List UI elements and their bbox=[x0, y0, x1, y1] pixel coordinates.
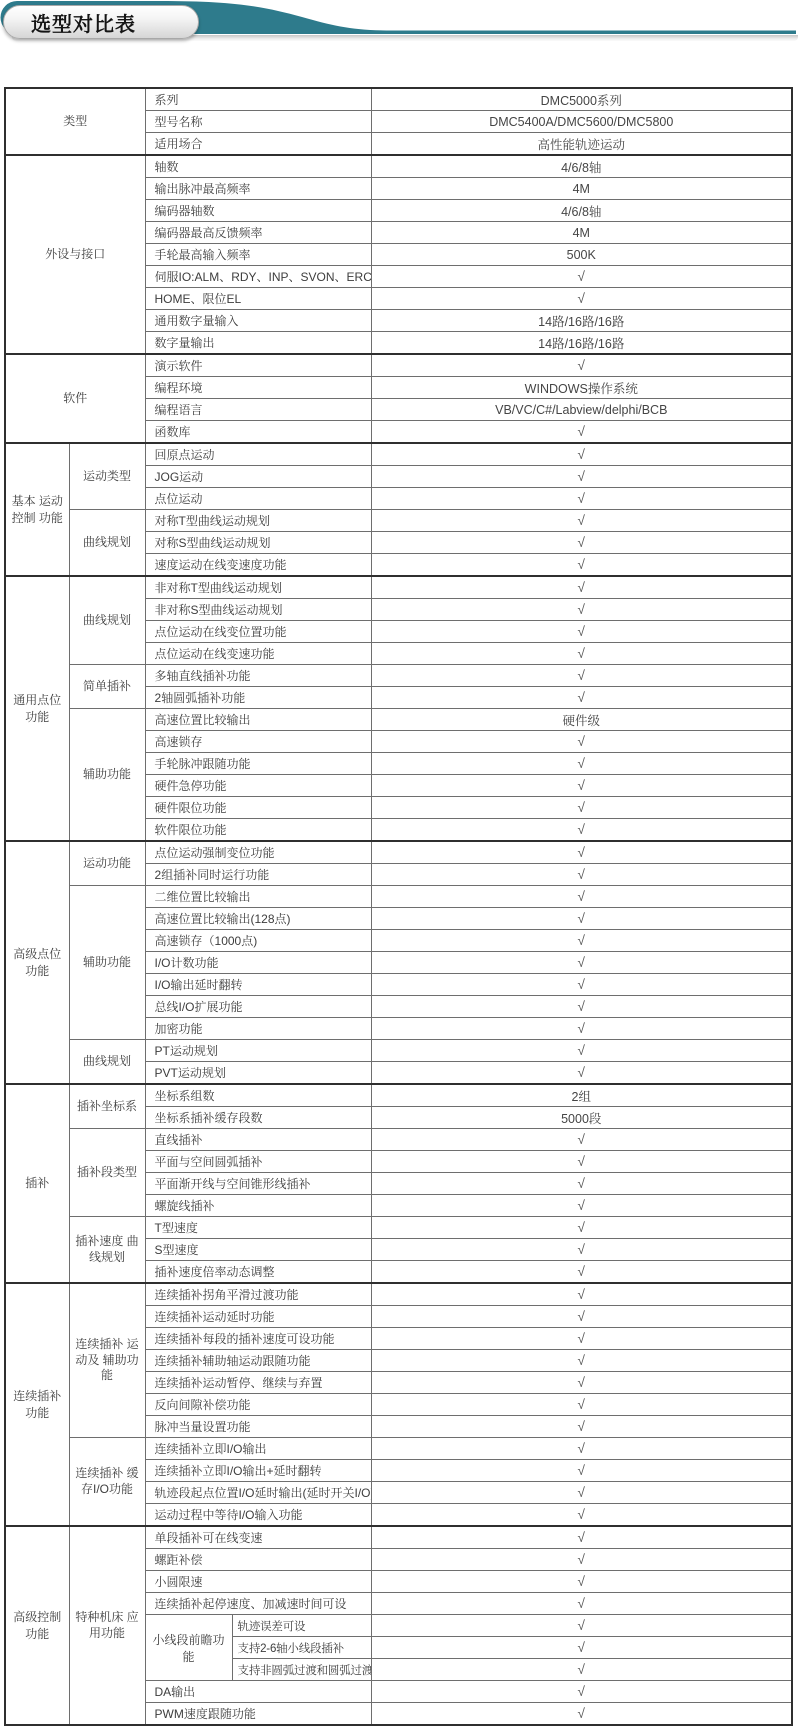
group-cell: 特种机床 应用功能 bbox=[69, 1526, 145, 1725]
category-cell: 类型 bbox=[5, 88, 145, 155]
value-cell: √ bbox=[371, 753, 792, 775]
table-row: 通用点位 功能曲线规划非对称T型曲线运动规划√ bbox=[5, 576, 792, 599]
value-cell: √ bbox=[371, 1173, 792, 1195]
value-cell: √ bbox=[371, 1571, 792, 1593]
value-cell: √ bbox=[371, 1350, 792, 1372]
value-cell: √ bbox=[371, 1438, 792, 1460]
value-cell: √ bbox=[371, 1151, 792, 1173]
param-cell: S型速度 bbox=[145, 1239, 371, 1261]
param-cell: 型号名称 bbox=[145, 111, 371, 133]
param-cell: DA输出 bbox=[145, 1681, 371, 1703]
param-cell: 系列 bbox=[145, 88, 371, 111]
value-cell: √ bbox=[371, 599, 792, 621]
value-cell: √ bbox=[371, 1129, 792, 1151]
param-cell: 连续插补拐角平滑过渡功能 bbox=[145, 1283, 371, 1306]
value-cell: √ bbox=[371, 1482, 792, 1504]
value-cell: √ bbox=[371, 488, 792, 510]
group-cell: 曲线规划 bbox=[69, 1040, 145, 1085]
category-cell: 软件 bbox=[5, 354, 145, 443]
value-cell: √ bbox=[371, 886, 792, 908]
value-cell: √ bbox=[371, 1018, 792, 1040]
param-cell: 连续插补立即I/O输出+延时翻转 bbox=[145, 1460, 371, 1482]
param-cell: 连续插补起停速度、加减速时间可设 bbox=[145, 1593, 371, 1615]
param-cell: 非对称T型曲线运动规划 bbox=[145, 576, 371, 599]
param-cell: 轴数 bbox=[145, 155, 371, 178]
value-cell: 5000段 bbox=[371, 1107, 792, 1129]
group-cell: 曲线规划 bbox=[69, 510, 145, 577]
param-cell: 软件限位功能 bbox=[145, 819, 371, 842]
spec-table: 类型系列DMC5000系列型号名称DMC5400A/DMC5600/DMC580… bbox=[4, 87, 793, 1726]
param-cell: PT运动规划 bbox=[145, 1040, 371, 1062]
param-cell: 速度运动在线变速度功能 bbox=[145, 554, 371, 577]
value-cell: √ bbox=[371, 687, 792, 709]
value-cell: √ bbox=[371, 1195, 792, 1217]
value-cell: 高性能轨迹运动 bbox=[371, 133, 792, 156]
param-cell: 连续插补运动暂停、继续与弃置 bbox=[145, 1372, 371, 1394]
value-cell: √ bbox=[371, 466, 792, 488]
value-cell: √ bbox=[371, 1593, 792, 1615]
page-title: 选型对比表 bbox=[4, 8, 136, 37]
category-cell: 高级点位 功能 bbox=[5, 841, 69, 1084]
param-cell: 点位运动 bbox=[145, 488, 371, 510]
value-cell: √ bbox=[371, 952, 792, 974]
value-cell: √ bbox=[371, 643, 792, 665]
param-cell: 多轴直线插补功能 bbox=[145, 665, 371, 687]
value-cell: √ bbox=[371, 1283, 792, 1306]
param-cell: 点位运动在线变速功能 bbox=[145, 643, 371, 665]
value-cell: √ bbox=[371, 1416, 792, 1438]
param-cell: 连续插补运动延时功能 bbox=[145, 1306, 371, 1328]
title-pill: 选型对比表 bbox=[3, 5, 199, 39]
param-cell: 单段插补可在线变速 bbox=[145, 1526, 371, 1549]
sub-param-cell: 支持非圆弧过渡和圆弧过渡 bbox=[232, 1659, 371, 1681]
param-cell: I/O输出延时翻转 bbox=[145, 974, 371, 996]
value-cell: √ bbox=[371, 996, 792, 1018]
param-cell: 伺服IO:ALM、RDY、INP、SVON、ERC bbox=[145, 266, 371, 288]
param-cell: I/O计数功能 bbox=[145, 952, 371, 974]
param-cell: 非对称S型曲线运动规划 bbox=[145, 599, 371, 621]
param-cell: 点位运动强制变位功能 bbox=[145, 841, 371, 864]
value-cell: 4/6/8轴 bbox=[371, 200, 792, 222]
value-cell: √ bbox=[371, 908, 792, 930]
param-cell: 插补速度倍率动态调整 bbox=[145, 1261, 371, 1284]
table-row: 插补段类型直线插补√ bbox=[5, 1129, 792, 1151]
param-cell: 对称S型曲线运动规划 bbox=[145, 532, 371, 554]
value-cell: DMC5400A/DMC5600/DMC5800 bbox=[371, 111, 792, 133]
category-cell: 通用点位 功能 bbox=[5, 576, 69, 841]
param-cell: 函数库 bbox=[145, 421, 371, 444]
group-cell: 连续插补 缓存I/O功能 bbox=[69, 1438, 145, 1527]
value-cell: √ bbox=[371, 1681, 792, 1703]
param-cell: 回原点运动 bbox=[145, 443, 371, 466]
value-cell: √ bbox=[371, 1549, 792, 1571]
value-cell: √ bbox=[371, 1372, 792, 1394]
param-cell: 小圆限速 bbox=[145, 1571, 371, 1593]
param-cell: 运动过程中等待I/O输入功能 bbox=[145, 1504, 371, 1527]
param-cell: 通用数字量输入 bbox=[145, 310, 371, 332]
value-cell: √ bbox=[371, 554, 792, 577]
table-row: 插补速度 曲线规划T型速度√ bbox=[5, 1217, 792, 1239]
param-cell: 演示软件 bbox=[145, 354, 371, 377]
value-cell: DMC5000系列 bbox=[371, 88, 792, 111]
table-row: 基本 运动控制 功能运动类型回原点运动√ bbox=[5, 443, 792, 466]
value-cell: √ bbox=[371, 421, 792, 444]
value-cell: √ bbox=[371, 1526, 792, 1549]
param-cell: PWM速度跟随功能 bbox=[145, 1703, 371, 1726]
param-cell: 连续插补辅助轴运动跟随功能 bbox=[145, 1350, 371, 1372]
subgroup-cell: 小线段前瞻功能 bbox=[145, 1615, 232, 1681]
sub-param-cell: 轨迹误差可设 bbox=[232, 1615, 371, 1637]
value-cell: √ bbox=[371, 1062, 792, 1085]
table-row: 软件演示软件√ bbox=[5, 354, 792, 377]
param-cell: 对称T型曲线运动规划 bbox=[145, 510, 371, 532]
value-cell: 2组 bbox=[371, 1084, 792, 1107]
param-cell: 螺旋线插补 bbox=[145, 1195, 371, 1217]
value-cell: √ bbox=[371, 775, 792, 797]
value-cell: √ bbox=[371, 819, 792, 842]
value-cell: √ bbox=[371, 266, 792, 288]
group-cell: 运动类型 bbox=[69, 443, 145, 510]
value-cell: √ bbox=[371, 443, 792, 466]
param-cell: 反向间隙补偿功能 bbox=[145, 1394, 371, 1416]
table-row: 辅助功能高速位置比较输出硬件级 bbox=[5, 709, 792, 731]
value-cell: √ bbox=[371, 1217, 792, 1239]
param-cell: 编码器最高反馈频率 bbox=[145, 222, 371, 244]
table-row: 辅助功能二维位置比较输出√ bbox=[5, 886, 792, 908]
page-header: 选型对比表 bbox=[0, 0, 800, 44]
table-row: 连续插补 缓存I/O功能连续插补立即I/O输出√ bbox=[5, 1438, 792, 1460]
value-cell: √ bbox=[371, 665, 792, 687]
value-cell: √ bbox=[371, 288, 792, 310]
spec-table-body: 类型系列DMC5000系列型号名称DMC5400A/DMC5600/DMC580… bbox=[5, 88, 792, 1725]
value-cell: √ bbox=[371, 1261, 792, 1284]
param-cell: 点位运动在线变位置功能 bbox=[145, 621, 371, 643]
table-row: 高级控制 功能特种机床 应用功能单段插补可在线变速√ bbox=[5, 1526, 792, 1549]
param-cell: 硬件限位功能 bbox=[145, 797, 371, 819]
value-cell: √ bbox=[371, 1040, 792, 1062]
value-cell: 4M bbox=[371, 178, 792, 200]
value-cell: √ bbox=[371, 1659, 792, 1681]
param-cell: 坐标系组数 bbox=[145, 1084, 371, 1107]
param-cell: 手轮脉冲跟随功能 bbox=[145, 753, 371, 775]
table-row: 简单插补多轴直线插补功能√ bbox=[5, 665, 792, 687]
param-cell: 数字量输出 bbox=[145, 332, 371, 355]
param-cell: 编程环境 bbox=[145, 377, 371, 399]
value-cell: WINDOWS操作系统 bbox=[371, 377, 792, 399]
group-cell: 曲线规划 bbox=[69, 576, 145, 665]
value-cell: √ bbox=[371, 1306, 792, 1328]
value-cell: √ bbox=[371, 1637, 792, 1659]
param-cell: PVT运动规划 bbox=[145, 1062, 371, 1085]
value-cell: √ bbox=[371, 731, 792, 753]
group-cell: 运动功能 bbox=[69, 841, 145, 886]
table-row: 高级点位 功能运动功能点位运动强制变位功能√ bbox=[5, 841, 792, 864]
param-cell: 螺距补偿 bbox=[145, 1549, 371, 1571]
param-cell: HOME、限位EL bbox=[145, 288, 371, 310]
param-cell: 连续插补立即I/O输出 bbox=[145, 1438, 371, 1460]
value-cell: √ bbox=[371, 1504, 792, 1527]
value-cell: √ bbox=[371, 1703, 792, 1726]
param-cell: 平面渐开线与空间锥形线插补 bbox=[145, 1173, 371, 1195]
value-cell: 14路/16路/16路 bbox=[371, 310, 792, 332]
group-cell: 辅助功能 bbox=[69, 886, 145, 1040]
category-cell: 连续插补 功能 bbox=[5, 1283, 69, 1526]
param-cell: 输出脉冲最高频率 bbox=[145, 178, 371, 200]
value-cell: √ bbox=[371, 841, 792, 864]
value-cell: √ bbox=[371, 1460, 792, 1482]
param-cell: 脉冲当量设置功能 bbox=[145, 1416, 371, 1438]
value-cell: 硬件级 bbox=[371, 709, 792, 731]
table-row: 外设与接口轴数4/6/8轴 bbox=[5, 155, 792, 178]
value-cell: 4/6/8轴 bbox=[371, 155, 792, 178]
value-cell: √ bbox=[371, 621, 792, 643]
param-cell: 轨迹段起点位置I/O延时输出(延时开关I/O) bbox=[145, 1482, 371, 1504]
category-cell: 基本 运动控制 功能 bbox=[5, 443, 69, 576]
value-cell: VB/VC/C#/Labview/delphi/BCB bbox=[371, 399, 792, 421]
table-row: 曲线规划对称T型曲线运动规划√ bbox=[5, 510, 792, 532]
value-cell: √ bbox=[371, 576, 792, 599]
value-cell: √ bbox=[371, 930, 792, 952]
group-cell: 插补坐标系 bbox=[69, 1084, 145, 1129]
param-cell: 直线插补 bbox=[145, 1129, 371, 1151]
group-cell: 插补速度 曲线规划 bbox=[69, 1217, 145, 1284]
value-cell: √ bbox=[371, 864, 792, 886]
param-cell: 硬件急停功能 bbox=[145, 775, 371, 797]
value-cell: √ bbox=[371, 1328, 792, 1350]
param-cell: 2轴圆弧插补功能 bbox=[145, 687, 371, 709]
param-cell: 编程语言 bbox=[145, 399, 371, 421]
param-cell: 高速锁存 bbox=[145, 731, 371, 753]
category-cell: 高级控制 功能 bbox=[5, 1526, 69, 1725]
param-cell: 加密功能 bbox=[145, 1018, 371, 1040]
table-row: 连续插补 功能连续插补 运动及 辅助功能连续插补拐角平滑过渡功能√ bbox=[5, 1283, 792, 1306]
sub-param-cell: 支持2-6轴小线段插补 bbox=[232, 1637, 371, 1659]
table-row: 类型系列DMC5000系列 bbox=[5, 88, 792, 111]
value-cell: √ bbox=[371, 1394, 792, 1416]
value-cell: √ bbox=[371, 510, 792, 532]
param-cell: 连续插补每段的插补速度可设功能 bbox=[145, 1328, 371, 1350]
param-cell: T型速度 bbox=[145, 1217, 371, 1239]
value-cell: √ bbox=[371, 1615, 792, 1637]
param-cell: 高速锁存（1000点) bbox=[145, 930, 371, 952]
table-row: 插补插补坐标系坐标系组数2组 bbox=[5, 1084, 792, 1107]
category-cell: 外设与接口 bbox=[5, 155, 145, 354]
value-cell: √ bbox=[371, 974, 792, 996]
group-cell: 连续插补 运动及 辅助功能 bbox=[69, 1283, 145, 1438]
value-cell: 4M bbox=[371, 222, 792, 244]
param-cell: 坐标系插补缓存段数 bbox=[145, 1107, 371, 1129]
value-cell: √ bbox=[371, 1239, 792, 1261]
group-cell: 简单插补 bbox=[69, 665, 145, 709]
category-cell: 插补 bbox=[5, 1084, 69, 1283]
value-cell: √ bbox=[371, 354, 792, 377]
param-cell: 平面与空间圆弧插补 bbox=[145, 1151, 371, 1173]
param-cell: 编码器轴数 bbox=[145, 200, 371, 222]
param-cell: JOG运动 bbox=[145, 466, 371, 488]
param-cell: 总线I/O扩展功能 bbox=[145, 996, 371, 1018]
param-cell: 二维位置比较输出 bbox=[145, 886, 371, 908]
value-cell: √ bbox=[371, 532, 792, 554]
value-cell: √ bbox=[371, 797, 792, 819]
group-cell: 辅助功能 bbox=[69, 709, 145, 842]
param-cell: 高速位置比较输出(128点) bbox=[145, 908, 371, 930]
param-cell: 2组插补同时运行功能 bbox=[145, 864, 371, 886]
group-cell: 插补段类型 bbox=[69, 1129, 145, 1217]
param-cell: 手轮最高输入频率 bbox=[145, 244, 371, 266]
value-cell: 14路/16路/16路 bbox=[371, 332, 792, 355]
value-cell: 500K bbox=[371, 244, 792, 266]
param-cell: 适用场合 bbox=[145, 133, 371, 156]
param-cell: 高速位置比较输出 bbox=[145, 709, 371, 731]
table-row: 曲线规划PT运动规划√ bbox=[5, 1040, 792, 1062]
